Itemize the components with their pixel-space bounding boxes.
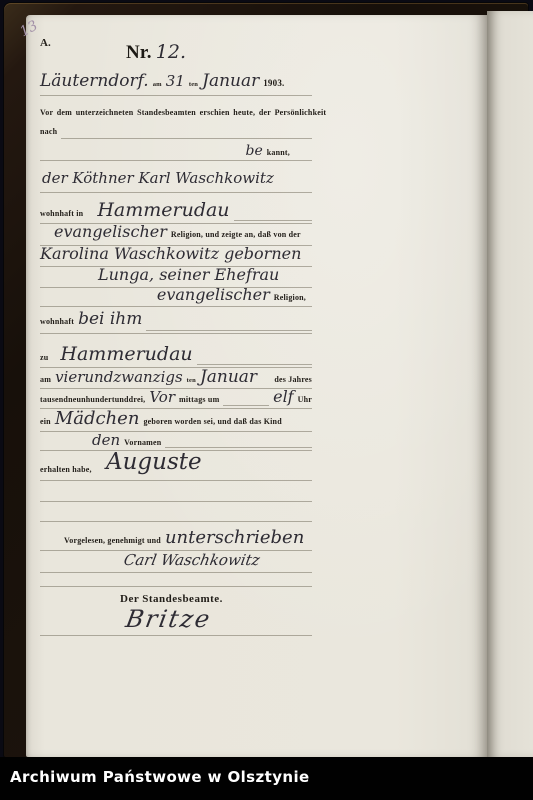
erhalten-row: erhalten habe, xyxy=(40,465,312,481)
blank-rule xyxy=(234,219,312,221)
archive-banner: Archiwum Państwowe w Olsztynie xyxy=(0,757,533,800)
record-number-label: Nr. xyxy=(126,42,152,64)
intro-printed-text: Vor dem unterzeichneten Standesbeamten e… xyxy=(40,108,326,117)
mittags-um-label: mittags um xyxy=(179,395,219,404)
am-label: am xyxy=(153,81,162,88)
des-jahres-label: des Jahres xyxy=(274,375,312,384)
declarant-row: der Köthner Karl Waschkowitz xyxy=(40,169,312,193)
corner-letter: A. xyxy=(40,37,51,49)
mother-name-handwritten: Karolina Waschkowitz gebornen xyxy=(40,244,301,263)
year-words-label: tausendneunhundertunddrei, xyxy=(40,395,145,404)
blank-rule xyxy=(146,329,312,331)
register-page: 13 A. Nr. 12. Läuterndorf. am 31 ten Jan… xyxy=(26,15,487,757)
intro-row: Vor dem unterzeichneten Standesbeamten e… xyxy=(40,108,308,117)
birth-month-handwritten: Januar xyxy=(200,367,257,387)
vornamen-label: Vornamen xyxy=(124,438,161,447)
registrar-signature: Britze xyxy=(124,605,214,633)
day-handwritten: 31 xyxy=(166,72,185,90)
archive-banner-text: Archiwum Państwowe w Olsztynie xyxy=(10,768,310,786)
wohnhaft2-row: wohnhaft bei ihm xyxy=(40,309,312,334)
year-printed: 1903. xyxy=(263,78,284,88)
wohnhaft-handwritten: bei ihm xyxy=(78,309,142,329)
closing-row: Vorgelesen, genehmigt und unterschrieben xyxy=(40,527,312,551)
am2-label: am xyxy=(40,375,51,384)
blank-rule xyxy=(61,137,312,139)
declarant-signature: Carl Waschkowitz xyxy=(122,551,261,569)
declarant-handwritten: der Köthner Karl Waschkowitz xyxy=(40,169,274,187)
religion1-handwritten: evangelischer xyxy=(54,222,167,241)
closing-handwritten: unterschrieben xyxy=(165,527,304,548)
child-sex-row: ein Mädchen geboren worden sei, und daß … xyxy=(40,408,312,432)
ten-suffix-label: ten xyxy=(189,81,198,88)
birthplace-row: zu Hammerudau xyxy=(40,343,312,368)
blank-rule xyxy=(165,446,312,448)
vornamen-row: den Vornamen xyxy=(40,431,312,451)
sex-handwritten: Mädchen xyxy=(55,408,140,429)
registrar-title-row: Der Standesbeamte. xyxy=(40,593,312,605)
nach-label: nach xyxy=(40,127,57,136)
blank-rule xyxy=(197,363,312,365)
be-handwritten: be xyxy=(246,143,263,159)
religion1-row: evangelischer Religion, und zeigte an, d… xyxy=(40,222,312,246)
blank-rule xyxy=(223,404,269,406)
record-number-value: 12. xyxy=(156,41,186,63)
wohnhaft-in-label: wohnhaft in xyxy=(40,209,83,218)
birthplace-handwritten: Hammerudau xyxy=(60,343,192,365)
religion2-handwritten: evangelischer xyxy=(157,285,270,304)
closing-printed-label: Vorgelesen, genehmigt und xyxy=(64,536,161,545)
birth-day-handwritten: vierundzwanzigs xyxy=(55,368,183,386)
nach-row: nach xyxy=(40,127,312,141)
registrar-title-label: Der Standesbeamte. xyxy=(120,593,223,605)
blank-row-1 xyxy=(40,486,312,502)
uhr-label: Uhr xyxy=(298,395,312,404)
ein-label: ein xyxy=(40,417,51,426)
religion2-label: Religion, xyxy=(274,293,306,302)
hour-handwritten: elf xyxy=(273,387,294,406)
bekannt-row: be kannt, xyxy=(40,143,312,161)
residence-handwritten: Hammerudau xyxy=(97,199,229,221)
mother-row: Karolina Waschkowitz gebornen xyxy=(40,244,312,267)
religion2-row: evangelischer Religion, xyxy=(40,285,312,307)
blank-row-3 xyxy=(40,573,312,587)
registry-place-handwritten: Läuterndorf. xyxy=(40,71,149,91)
record-number-row: Nr. 12. xyxy=(126,41,186,64)
den-handwritten: den xyxy=(92,431,120,449)
birthtime-row: tausendneunhundertunddrei, Vor mittags u… xyxy=(40,387,312,409)
month-handwritten: Januar xyxy=(202,71,259,91)
vor-handwritten: Vor xyxy=(149,388,175,406)
blank-row-2 xyxy=(40,506,312,522)
religion1-label: Religion, und zeigte an, daß von der xyxy=(171,230,301,239)
ten2-suffix-label: ten xyxy=(187,377,196,384)
zu-label: zu xyxy=(40,353,48,362)
kannt-label: kannt, xyxy=(267,148,290,157)
registrar-signature-row: Britze xyxy=(40,605,312,636)
birthdate-row: am vierundzwanzigs ten Januar des Jahres xyxy=(40,367,312,389)
erhalten-label: erhalten habe, xyxy=(40,465,92,474)
maiden-name-handwritten: Lunga, seiner Ehefrau xyxy=(98,265,279,284)
dateline-row: Läuterndorf. am 31 ten Januar 1903. xyxy=(40,71,312,96)
born-label: geboren worden sei, und daß das Kind xyxy=(143,417,281,426)
declarant-signature-row: Carl Waschkowitz xyxy=(40,551,312,573)
residence-row: wohnhaft in Hammerudau xyxy=(40,199,312,224)
facing-page-edge xyxy=(487,11,533,757)
wohnhaft-label: wohnhaft xyxy=(40,317,74,326)
